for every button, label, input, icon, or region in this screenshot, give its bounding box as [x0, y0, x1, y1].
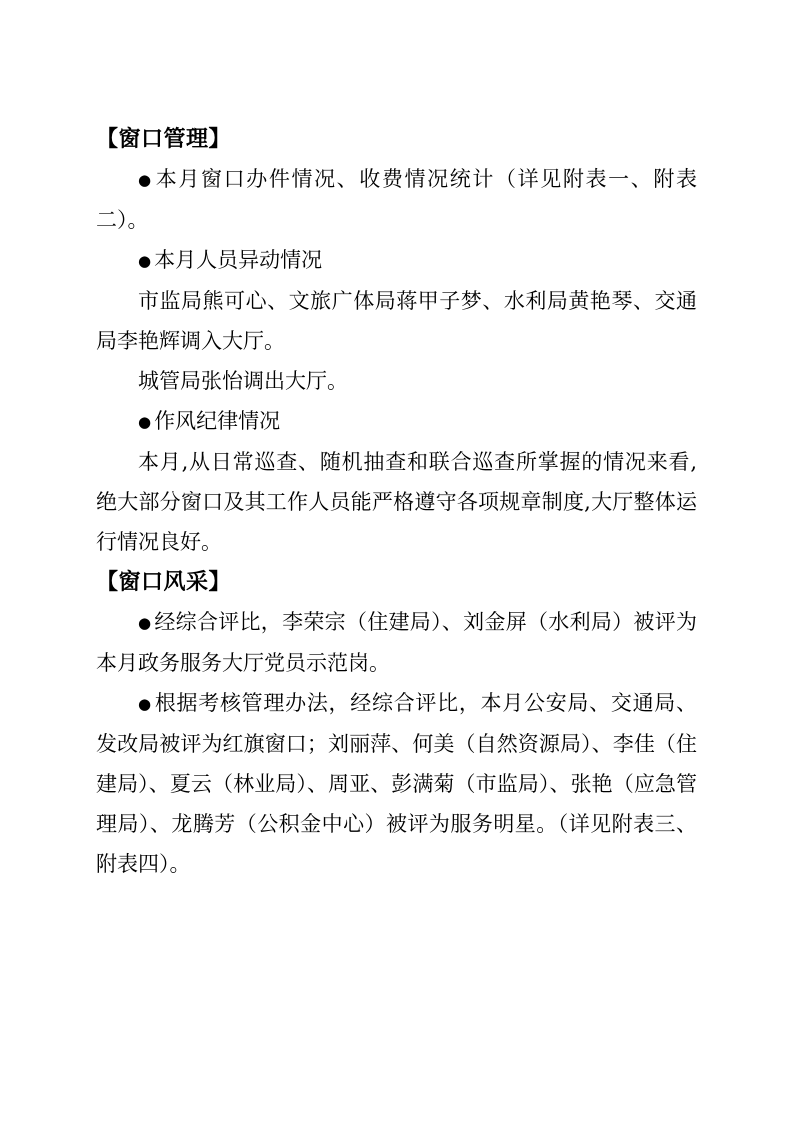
bullet-item: ●本月人员异动情况: [96, 240, 697, 281]
paragraph: 本月,从日常巡查、随机抽查和联合巡查所掌握的情况来看,绝大部分窗口及其工作人员能…: [96, 442, 697, 562]
section-heading: 【窗口风采】: [96, 562, 697, 602]
bullet-icon: ●: [138, 413, 151, 431]
document-page: 【窗口管理】●本月窗口办件情况、收费情况统计（详见附表一、附表二）。●本月人员异…: [0, 0, 793, 1122]
document-body: 【窗口管理】●本月窗口办件情况、收费情况统计（详见附表一、附表二）。●本月人员异…: [96, 119, 697, 884]
bullet-item: ●经综合评比，李荣宗（住建局）、刘金屏（水利局）被评为本月政务服务大厅党员示范岗…: [96, 602, 697, 683]
paragraph: 市监局熊可心、文旅广体局蒋甲子梦、水利局黄艳琴、交通局李艳辉调入大厅。: [96, 281, 697, 361]
bullet-item: ●根据考核管理办法，经综合评比，本月公安局、交通局、发改局被评为红旗窗口；刘丽萍…: [96, 683, 697, 884]
bullet-item: ●本月窗口办件情况、收费情况统计（详见附表一、附表二）。: [96, 159, 697, 240]
paragraph-text: 作风纪律情况: [154, 409, 280, 433]
paragraph-text: 市监局熊可心、文旅广体局蒋甲子梦、水利局黄艳琴、交通局李艳辉调入大厅。: [96, 289, 697, 353]
paragraph-text: 本月,从日常巡查、随机抽查和联合巡查所掌握的情况来看,绝大部分窗口及其工作人员能…: [96, 450, 697, 554]
bullet-icon: ●: [138, 252, 151, 270]
paragraph-text: 城管局张怡调出大厅。: [138, 369, 348, 393]
bullet-icon: ●: [138, 171, 153, 189]
paragraph-text: 经综合评比，李荣宗（住建局）、刘金屏（水利局）被评为本月政务服务大厅党员示范岗。: [96, 610, 697, 675]
section-heading: 【窗口管理】: [96, 119, 697, 159]
bullet-icon: ●: [138, 695, 152, 713]
paragraph: 城管局张怡调出大厅。: [96, 361, 697, 401]
paragraph-text: 根据考核管理办法，经综合评比，本月公安局、交通局、发改局被评为红旗窗口；刘丽萍、…: [96, 691, 697, 876]
paragraph-text: 本月人员异动情况: [154, 248, 322, 272]
bullet-item: ●作风纪律情况: [96, 401, 697, 442]
paragraph-text: 本月窗口办件情况、收费情况统计（详见附表一、附表二）。: [96, 167, 697, 232]
bullet-icon: ●: [138, 614, 151, 632]
